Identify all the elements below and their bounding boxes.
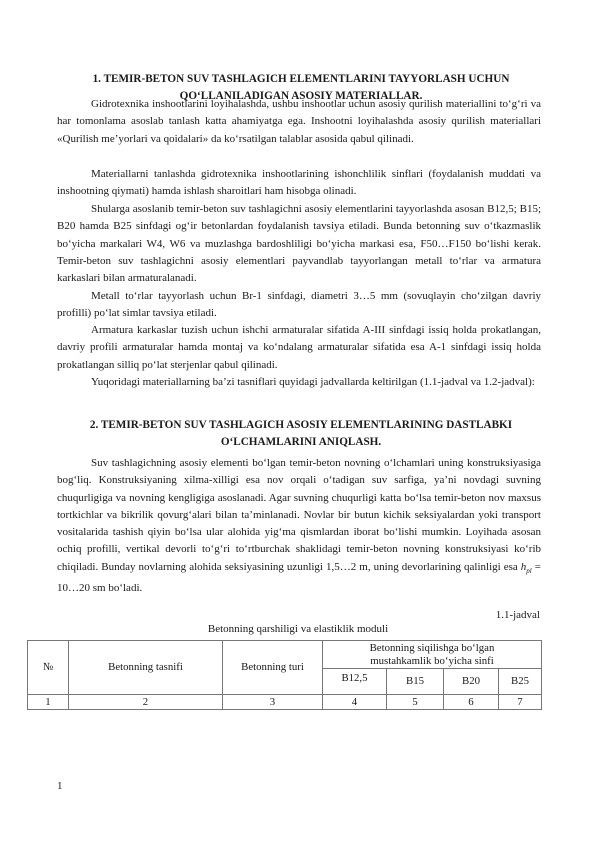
cell: 1 [28,695,69,710]
header-class-b15: B15 [387,669,444,695]
cell: 3 [223,695,323,710]
header-class-b12-5: B12,5 [323,669,387,695]
section-2-title-line-2: O‘LCHAMLARINI ANIQLASH. [56,434,546,451]
section-2-heading: 2. TEMIR-BETON SUV TASHLAGICH ASOSIY ELE… [56,417,546,451]
table-caption: Betonning qarshiligi va elastiklik modul… [0,622,596,636]
section-1-title-line-1: 1. TEMIR-BETON SUV TASHLAGICH ELEMENTLAR… [56,71,546,88]
document-page: 1. TEMIR-BETON SUV TASHLAGICH ELEMENTLAR… [0,0,596,842]
page-number: 1 [57,780,63,792]
paragraph-3: Shularga asoslanib temir-beton suv tashl… [57,201,541,287]
cell: 7 [499,695,542,710]
header-class-b25: B25 [499,669,542,695]
paragraph-4: Metall to‘rlar tayyorlash uchun Br-1 sin… [57,288,541,323]
paragraph-7: Suv tashlagichning asosiy elementi bo‘lg… [57,455,541,598]
paragraph-7-text: Suv tashlagichning asosiy elementi bo‘lg… [57,457,541,573]
section-2-title-line-1: 2. TEMIR-BETON SUV TASHLAGICH ASOSIY ELE… [56,417,546,434]
header-class-b20: B20 [444,669,499,695]
header-num: № [28,641,69,695]
header-strength-group: Betonning siqilishga bo‘lgan mustahkamli… [323,641,542,669]
paragraph-5: Armatura karkaslar tuzish uchun ishchi a… [57,322,541,374]
concrete-table: № Betonning tasnifi Betonning turi Beton… [27,640,542,710]
cell: 5 [387,695,444,710]
table-row: 1 2 3 4 5 6 7 [28,695,542,710]
paragraph-1: Gidrotexnika inshootlarini loyihalashda,… [57,96,541,148]
paragraph-2: Materiallarni tanlashda gidrotexnika ins… [57,166,541,201]
table-label: 1.1-jadval [496,608,540,622]
cell: 4 [323,695,387,710]
header-type: Betonning turi [223,641,323,695]
header-classification: Betonning tasnifi [69,641,223,695]
paragraph-6: Yuqoridagi materiallarning ba’zi tasnifl… [57,374,541,391]
cell: 2 [69,695,223,710]
cell: 6 [444,695,499,710]
